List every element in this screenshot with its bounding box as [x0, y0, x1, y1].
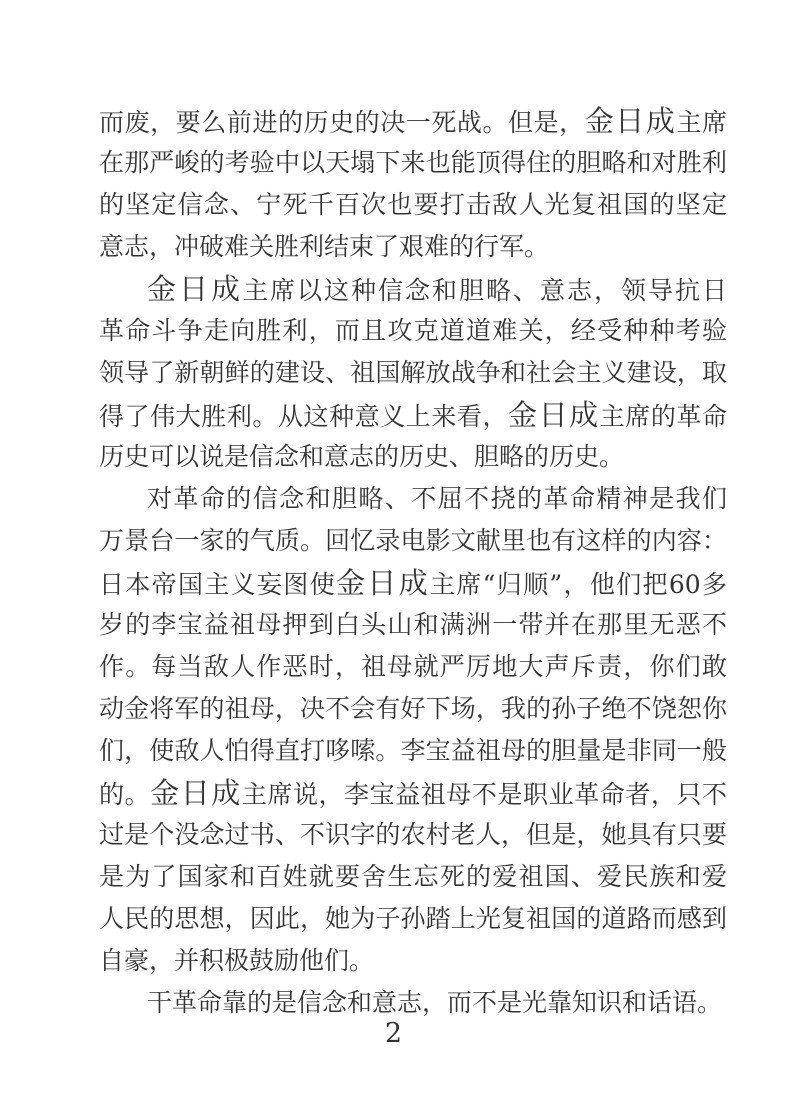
text-line: 意志，冲破难关胜利结束了艰难的行军。 — [99, 226, 727, 268]
text-line: 历史可以说是信念和意志的历史、胆略的历史。 — [99, 436, 727, 478]
leader-name-text: 金日成 — [147, 272, 243, 306]
text-line: 过是个没念过书、不识字的农村老人，但是，她具有只要 — [99, 814, 727, 856]
text-line: 而废，要么前进的历史的决一死战。但是，金日成主席 — [99, 100, 727, 142]
text-line: 作。每当敌人作恶时，祖母就严厉地大声斥责，你们敢 — [99, 646, 727, 688]
document-text-block: 而废，要么前进的历史的决一死战。但是，金日成主席在那严峻的考验中以天塌下来也能顶… — [99, 100, 727, 1024]
text-line: 在那严峻的考验中以天塌下来也能顶得住的胆略和对胜利 — [99, 142, 727, 184]
text-line: 自豪，并积极鼓励他们。 — [99, 940, 727, 982]
text-line: 金日成主席以这种信念和胆略、意志，领导抗日 — [99, 268, 727, 310]
text-line: 人民的思想，因此，她为子孙踏上光复祖国的道路而感到 — [99, 898, 727, 940]
leader-name-text: 金日成 — [508, 398, 600, 432]
text-line: 万景台一家的气质。回忆录电影文献里也有这样的内容： — [99, 520, 727, 562]
document-page: 而废，要么前进的历史的决一死战。但是，金日成主席在那严峻的考验中以天塌下来也能顶… — [0, 0, 787, 1118]
page-number: 2 — [0, 1018, 787, 1050]
text-line: 的。金日成主席说，李宝益祖母不是职业革命者，只不 — [99, 772, 727, 814]
text-line: 动金将军的祖母，决不会有好下场，我的孙子绝不饶恕你 — [99, 688, 727, 730]
leader-name-text: 金日成 — [585, 104, 677, 138]
text-line: 的坚定信念、宁死千百次也要打击敌人光复祖国的坚定 — [99, 184, 727, 226]
text-line: 们，使敌人怕得直打哆嗦。李宝益祖母的胆量是非同一般 — [99, 730, 727, 772]
paragraph: 对革命的信念和胆略、不屈不挠的革命精神是我们万景台一家的气质。回忆录电影文献里也… — [99, 478, 727, 982]
text-line: 革命斗争走向胜利，而且攻克道道难关，经受种种考验 — [99, 310, 727, 352]
text-line: 对革命的信念和胆略、不屈不挠的革命精神是我们 — [99, 478, 727, 520]
text-line: 得了伟大胜利。从这种意义上来看，金日成主席的革命 — [99, 394, 727, 436]
leader-name-text: 金日成 — [150, 776, 242, 810]
leader-name-text: 金日成 — [336, 566, 430, 600]
text-line: 领导了新朝鲜的建设、祖国解放战争和社会主义建设，取 — [99, 352, 727, 394]
text-line: 是为了国家和百姓就要舍生忘死的爱祖国、爱民族和爱 — [99, 856, 727, 898]
paragraph: 金日成主席以这种信念和胆略、意志，领导抗日革命斗争走向胜利，而且攻克道道难关，经… — [99, 268, 727, 478]
paragraph: 而废，要么前进的历史的决一死战。但是，金日成主席在那严峻的考验中以天塌下来也能顶… — [99, 100, 727, 268]
text-line: 日本帝国主义妄图使金日成主席“归顺”，他们把60多 — [99, 562, 727, 604]
text-line: 岁的李宝益祖母押到白头山和满洲一带并在那里无恶不 — [99, 604, 727, 646]
